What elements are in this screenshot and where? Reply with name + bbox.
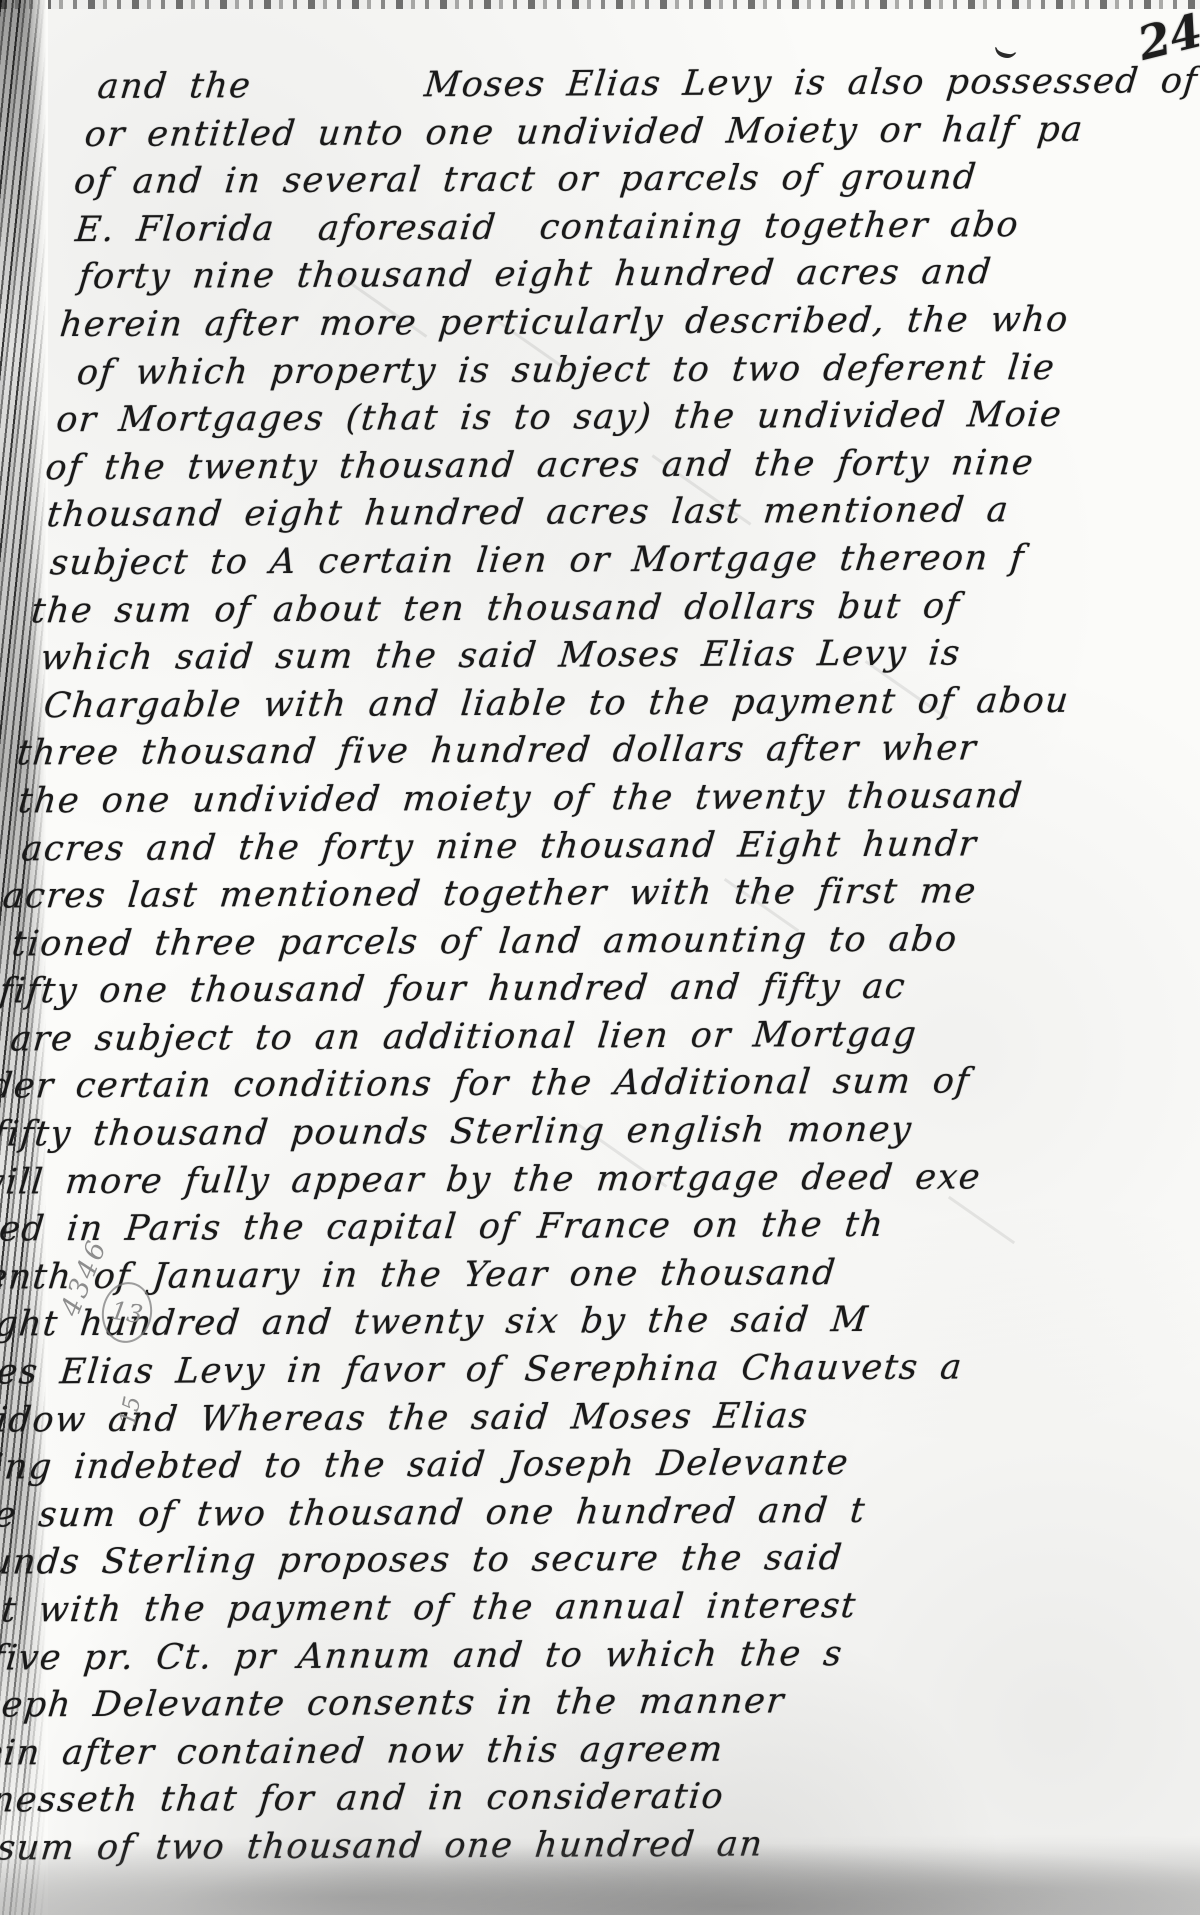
text-line: Witnesseth that for and in consideratio [0,1772,1069,1826]
text-line: Joseph Delevante consents in the manner [0,1677,1078,1731]
text-line: eight hundred and twenty six by the said… [0,1296,1116,1350]
text-line: ted in Paris the capital of France on th… [0,1201,1126,1255]
bottom-smudge [0,1825,1200,1915]
text-line: E. Florida aforesaid containing together… [73,201,1200,255]
text-line: fifty one thousand four hundred and fift… [0,963,1150,1017]
text-line: of which property is subject to two defe… [75,344,1200,398]
text-line: the sum of about ten thousand dollars bu… [29,582,1188,636]
handwritten-text-block: and the Moses Elias Levy is also possess… [0,58,1200,1874]
text-line: or entitled unto one undivided Moiety or… [82,106,1200,160]
text-line: acres last mentioned together with the f… [0,868,1159,922]
text-line: herein after contained now this agreem [0,1725,1074,1779]
text-line: tenth of January in the Year one thousan… [0,1248,1121,1302]
text-line: the one undivided moiety of the twenty t… [16,772,1169,826]
text-line: ses Elias Levy in favor of Serephina Cha… [0,1344,1112,1398]
text-line: pounds Sterling proposes to secure the s… [0,1534,1093,1588]
text-line: of the twenty thousand acres and the for… [43,439,1200,493]
text-line: fifty thousand pounds Sterling english m… [0,1106,1135,1160]
text-line: acres and the forty nine thousand Eight … [19,820,1164,874]
text-line: which said sum the said Moses Elias Levy… [38,629,1183,683]
text-line: of five pr. Ct. pr Annum and to which th… [0,1629,1083,1683]
text-line: forty nine thousand eight hundred acres … [76,248,1200,302]
text-line: three thousand five hundred dollars afte… [15,725,1174,779]
text-line: being indebted to the said Joseph Deleva… [0,1439,1102,1493]
text-line: or Mortgages (that is to say) the undivi… [54,391,1200,445]
scan-noise-top-edge [0,0,1200,9]
text-line: and the Moses Elias Levy is also possess… [95,58,1200,112]
text-line: widow and Whereas the said Moses Elias [0,1391,1107,1445]
text-line: tioned three parcels of land amounting t… [10,915,1155,969]
text-line: der certain conditions for the Additiona… [0,1058,1140,1112]
text-line: thousand eight hundred acres last mentio… [44,487,1197,541]
text-line: will more fully appear by the mortgage d… [0,1153,1131,1207]
text-line: the sum of two thousand one hundred and … [0,1487,1097,1541]
text-line: are subject to an additional lien or Mor… [8,1010,1145,1064]
text-line: of and in several tract or parcels of gr… [72,153,1200,207]
document-scan-page: 24 ) and the Moses Elias Levy is also po… [0,0,1200,1915]
text-line: debt with the payment of the annual inte… [0,1582,1088,1636]
text-line: Chargable with and liable to the payment… [41,677,1178,731]
text-line: subject to A certain lien or Mortgage th… [48,534,1193,588]
text-line: herein after more perticularly described… [57,296,1200,350]
